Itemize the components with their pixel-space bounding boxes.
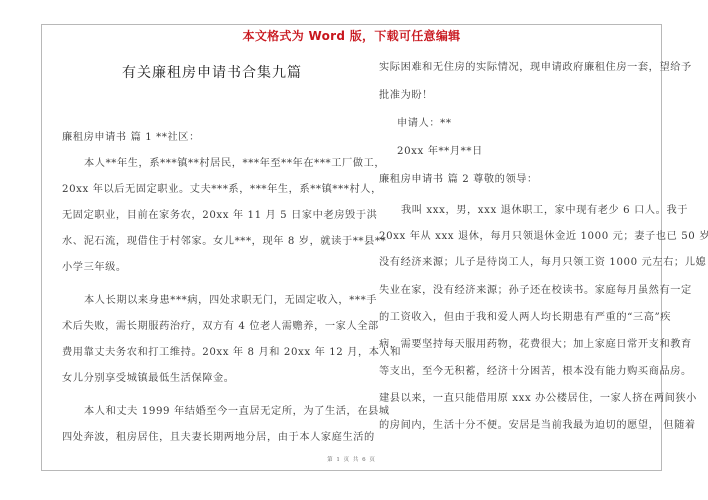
paragraph-line: 水、泥石流，现借住于村邻家。女儿***，现年 8 岁，就读于**县** [62, 229, 386, 255]
paragraph-line: 20xx 年以后无固定职业。丈夫***系，***年生，系**镇***村人， [62, 177, 382, 203]
paragraph-line: 无固定职业，目前在家务农，20xx 年 11 月 5 日家中老房毁于洪 [62, 203, 377, 229]
section-heading-2: 廉租房申请书 篇 2 尊敬的领导： [379, 167, 538, 193]
paragraph-line: 本人长期以来身患***病，四处求职无门，无固定收入，***手 [62, 288, 377, 314]
paragraph-line: 病，需要坚持每天服用药物，花费很大；加上家庭日常开支和教育 [379, 332, 692, 358]
paragraph-line: 等支出，至今无积蓄，经济十分困苦，根本没有能力购买商品房。 [379, 359, 692, 385]
paragraph-line: 本人**年生，系***镇**村居民，***年至**年在***工厂做工， [62, 151, 385, 177]
section-heading-1: 廉租房申请书 篇 1 **社区： [62, 125, 200, 151]
paragraph-line: 四处奔波，租房居住，且夫妻长期两地分居，由于本人家庭生活的 [62, 425, 375, 451]
paragraph-line: 实际困难和无住房的实际情况，现申请政府廉租住房一套，望给予 [379, 55, 692, 81]
paragraph-line: 20xx 年从 xxx 退休，每月只领退休金近 1000 元；妻子也已 50 岁… [379, 224, 708, 250]
paragraph-line: 没有经济来源；儿子是待岗工人，每月只领工资 1000 元左右；儿媳 [379, 250, 706, 276]
paragraph-line: 小学三年级。 [62, 255, 127, 281]
document-page: 本文格式为 Word 版，下载可任意编辑 有关廉租房申请书合集九篇 廉租房申请书… [41, 24, 662, 471]
applicant-signature: 申请人：** [379, 111, 452, 137]
paragraph-line: 失业在家，没有经济来源；孙子还在校读书。家庭每月虽然有一定 [379, 278, 692, 304]
paragraph-line: 的工资收入，但由于我和爱人两人均长期患有严重的“三高”疾 [379, 305, 671, 331]
page-number-footer: 第 1 页 共 6 页 [42, 455, 661, 463]
paragraph-line: 女儿分别享受城镇最低生活保障金。 [62, 366, 235, 392]
paragraph-line: 费用靠丈夫务农和打工维持。20xx 年 8 月和 20xx 年 12 月，本人和 [62, 340, 401, 366]
paragraph-line: 的房间内，生活十分不便。安居是当前我最为迫切的愿望， 但随着 [379, 413, 696, 439]
paragraph-line: 我叫 xxx，男，xxx 退休职工，家中现有老少 6 口人。我于 [379, 198, 688, 224]
paragraph-line: 建县以来，一直只能借用原 xxx 办公楼居住，一家人挤在两间狭小 [379, 386, 697, 412]
application-date: 20xx 年**月**日 [379, 139, 483, 165]
paragraph-line: 本人和丈夫 1999 年结婚至今一直居无定所，为了生活，在县城 [62, 399, 390, 425]
document-title: 有关廉租房申请书合集九篇 [62, 63, 362, 83]
paragraph-line: 术后失败，需长期服药治疗，双方有 4 位老人需赡养，一家人全部 [62, 314, 379, 340]
word-format-banner: 本文格式为 Word 版，下载可任意编辑 [42, 27, 661, 44]
paragraph-line: 批准为盼！ [379, 83, 433, 109]
